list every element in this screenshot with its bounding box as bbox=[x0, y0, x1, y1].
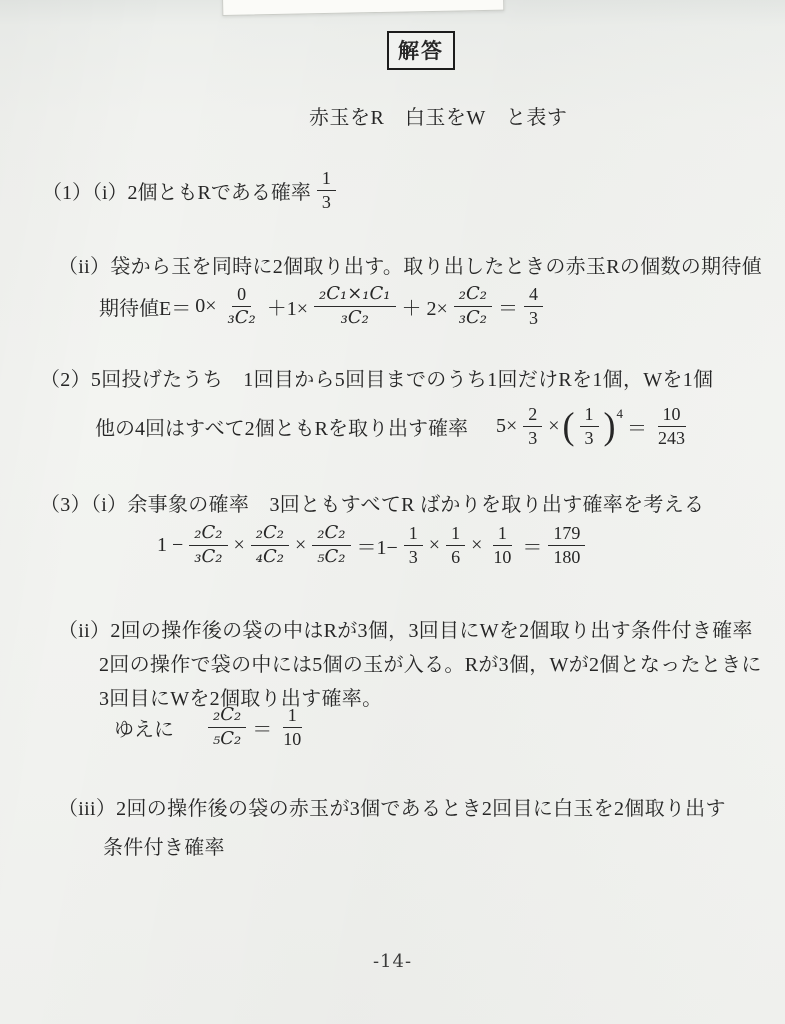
fraction-denominator: 3 bbox=[404, 546, 423, 568]
fraction-denominator: 6 bbox=[446, 546, 465, 568]
expectation-formula: 期待値E＝ 0× 0 ₃C₂ ＋1× ₂C₁×₁C₁ ₃C₂ ＋ 2× ₂C₂ … bbox=[97, 284, 547, 328]
problem-3iii-line2: 条件付き確率 bbox=[103, 831, 225, 860]
fraction-result: 179 180 bbox=[548, 523, 585, 567]
fraction: ₂C₂ ₅C₂ bbox=[312, 523, 350, 567]
fraction-numerator: ₂C₂ bbox=[454, 284, 492, 307]
fraction-denominator: 3 bbox=[523, 427, 542, 449]
fraction-result: 1 10 bbox=[278, 705, 306, 749]
problem-3iii-line1: （iii）2回の操作後の袋の赤玉が3個であるとき2回目に白玉を2個取り出す bbox=[58, 792, 726, 821]
tape-strip bbox=[222, 0, 504, 16]
fraction-numerator: 1 bbox=[446, 523, 465, 546]
fraction-numerator: 10 bbox=[658, 404, 686, 427]
conclusion-label: ゆえに bbox=[114, 713, 174, 742]
fraction-denominator: 3 bbox=[317, 191, 336, 213]
fraction-denominator: 10 bbox=[488, 546, 516, 568]
fraction-denominator: 10 bbox=[278, 728, 306, 750]
operator: × bbox=[471, 534, 482, 557]
operator: × bbox=[234, 534, 245, 557]
left-paren: ( bbox=[563, 407, 575, 445]
fraction-denominator: ₃C₂ bbox=[454, 307, 492, 329]
fraction-denominator: ₃C₂ bbox=[189, 546, 227, 568]
fraction: ₂C₂ ₃C₂ bbox=[454, 284, 492, 328]
fraction-denominator: 180 bbox=[548, 546, 585, 568]
problem-3ii-line1: （ii）2回の操作後の袋の中はRが3個，3回目にWを2個取り出す条件付き確率 bbox=[58, 614, 753, 643]
problem-2-line1: （2）5回投げたうち 1回目から5回目までのうち1回だけRを1個，Wを1個 bbox=[40, 363, 713, 392]
equals-sign: ＝ bbox=[498, 292, 518, 321]
fraction-numerator: ₂C₂ bbox=[189, 523, 227, 546]
page-number: -14- bbox=[0, 951, 785, 972]
fraction-numerator: 0 bbox=[232, 284, 251, 307]
fraction-numerator: 1 bbox=[317, 168, 336, 191]
fraction-numerator: 1 bbox=[404, 523, 423, 546]
operator: × bbox=[429, 534, 440, 557]
fraction: 2 3 bbox=[523, 404, 542, 448]
fraction-result: 4 3 bbox=[524, 284, 543, 328]
fraction-denominator: 3 bbox=[580, 427, 599, 449]
fraction-numerator: ₂C₂ bbox=[208, 705, 246, 728]
equals-sign: ＝ bbox=[627, 412, 647, 441]
operator: ＋1× bbox=[267, 292, 308, 321]
problem-3i-text: （3）（i）余事象の確率 3回ともすべてR ばかりを取り出す確率を考える bbox=[40, 488, 704, 517]
term-0: 0× bbox=[195, 295, 216, 318]
scanned-answer-sheet: 解答 赤玉をR 白玉をW と表す （1）（i）2個ともRである確率 1 3 （i… bbox=[0, 0, 785, 1024]
fraction-denominator: ₅C₂ bbox=[208, 728, 246, 750]
fraction: 1 3 bbox=[580, 404, 599, 448]
fraction: 1 10 bbox=[488, 523, 516, 567]
problem-1ii-text: （ii）袋から玉を同時に2個取り出す。取り出したときの赤玉Rの個数の期待値 bbox=[58, 250, 762, 279]
problem-3ii-line2: 2回の操作で袋の中には5個の玉が入る。Rが3個，Wが2個となったときに bbox=[99, 648, 762, 677]
equals-term: ＝1− bbox=[357, 531, 398, 560]
fraction: 1 3 bbox=[404, 523, 423, 567]
fraction-numerator: 1 bbox=[283, 705, 302, 728]
problem-2-line2: 他の4回はすべて2個ともRを取り出す確率 5× 2 3 × ( 1 3 ) 4 … bbox=[93, 404, 694, 448]
fraction-denominator: 243 bbox=[653, 427, 690, 449]
term-0: 1 − bbox=[157, 534, 183, 557]
equals-sign: ＝ bbox=[522, 531, 542, 560]
fraction-denominator: ₃C₂ bbox=[223, 307, 261, 329]
operator: × bbox=[295, 534, 306, 557]
fraction-denominator: ₄C₂ bbox=[251, 546, 289, 568]
exponent: 4 bbox=[617, 406, 624, 422]
problem-2-text: 他の4回はすべて2個ともRを取り出す確率 bbox=[95, 412, 468, 441]
term-0: 5× bbox=[496, 415, 517, 438]
notation-subtitle: 赤玉をR 白玉をW と表す bbox=[309, 101, 567, 130]
fraction: ₂C₁×₁C₁ ₃C₂ bbox=[314, 284, 396, 328]
fraction: 0 ₃C₂ bbox=[223, 284, 261, 328]
problem-1i-text: （1）（i）2個ともRである確率 bbox=[42, 176, 311, 205]
fraction-numerator: 4 bbox=[524, 284, 543, 307]
fraction: ₂C₂ ₄C₂ bbox=[251, 523, 289, 567]
equals-sign: ＝ bbox=[252, 713, 272, 742]
fraction: ₂C₂ ₅C₂ bbox=[208, 705, 246, 749]
conclusion-formula: ゆえに ₂C₂ ₅C₂ ＝ 1 10 bbox=[112, 705, 310, 749]
fraction-numerator: ₂C₁×₁C₁ bbox=[314, 284, 396, 307]
operator: × bbox=[548, 415, 559, 438]
right-paren: ) bbox=[604, 407, 616, 445]
page-title: 解答 bbox=[387, 31, 455, 70]
fraction-numerator: ₂C₂ bbox=[251, 523, 289, 546]
complement-formula: 1 − ₂C₂ ₃C₂ × ₂C₂ ₄C₂ × ₂C₂ ₅C₂ ＝1− 1 3 … bbox=[155, 523, 589, 567]
fraction-result: 10 243 bbox=[653, 404, 690, 448]
formula-label: 期待値E＝ bbox=[99, 292, 191, 321]
fraction: 1 6 bbox=[446, 523, 465, 567]
fraction-denominator: 3 bbox=[524, 307, 543, 329]
fraction-one-third: 1 3 bbox=[317, 168, 336, 212]
operator: ＋ 2× bbox=[402, 292, 448, 321]
fraction-numerator: 1 bbox=[493, 523, 512, 546]
problem-1i-line: （1）（i）2個ともRである確率 1 3 bbox=[40, 168, 340, 212]
fraction-numerator: 2 bbox=[523, 404, 542, 427]
fraction-numerator: 1 bbox=[580, 404, 599, 427]
fraction-denominator: ₅C₂ bbox=[312, 546, 350, 568]
fraction-denominator: ₃C₂ bbox=[336, 307, 374, 329]
fraction-numerator: ₂C₂ bbox=[312, 523, 350, 546]
fraction-numerator: 179 bbox=[548, 523, 585, 546]
fraction: ₂C₂ ₃C₂ bbox=[189, 523, 227, 567]
